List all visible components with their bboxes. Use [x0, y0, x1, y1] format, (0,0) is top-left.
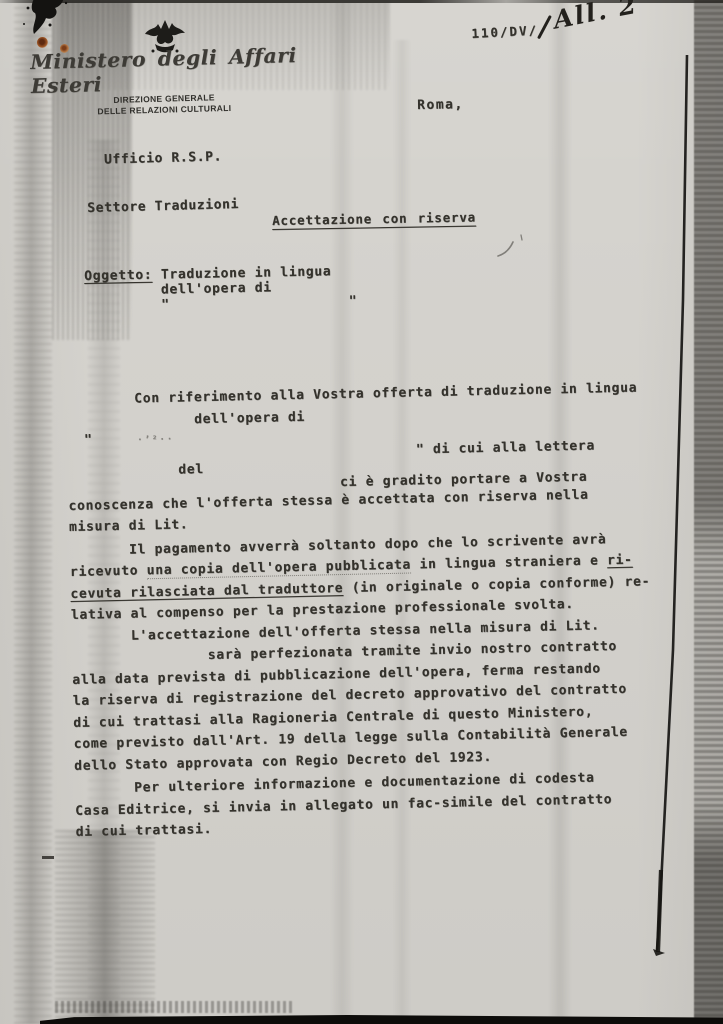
typed-segment: "	[84, 432, 93, 447]
typed-segment: di cui trattasi.	[75, 822, 212, 840]
city-dateline: Roma,	[417, 97, 464, 113]
protocol-ref-number: 110/DV/	[471, 23, 538, 41]
pen-stroke	[537, 15, 551, 39]
typed-segment: Oggetto:	[84, 268, 152, 284]
typed-segment: ricevuto	[70, 564, 147, 581]
ministry-name-script: Ministero degli Affari Esteri	[30, 42, 337, 98]
pencil-check-mark	[494, 232, 530, 260]
office-line2: Settore Traduzioni	[87, 197, 239, 217]
typed-segment: ri-	[607, 553, 633, 569]
typed-paragraph: L'accettazione dell'offerta stessa nella…	[71, 613, 684, 777]
stray-dash-mark	[42, 856, 54, 859]
scan-noise-band	[55, 830, 155, 1024]
office-line1: Ufficio R.S.P.	[86, 149, 238, 169]
office-name: Ufficio R.S.P. Settore Traduzioni	[85, 117, 240, 249]
typed-segment: in lingua straniera e	[411, 554, 607, 573]
typed-segment: " "	[161, 294, 357, 313]
typed-segment: dell'opera di	[194, 409, 305, 426]
scan-noise-band	[14, 0, 52, 1024]
scanned-letter-page: Ministero degli Affari Esteri DIREZIONE …	[0, 0, 723, 1024]
typed-segment: ·’²··	[93, 435, 175, 447]
typed-segment: misura di Lit.	[69, 518, 189, 536]
typed-paragraph: Il pagamento avverrà soltanto dopo che l…	[69, 527, 681, 626]
rust-stain-dot	[37, 37, 48, 48]
letter-title: Accettazione con riserva	[272, 209, 476, 228]
typed-segment: del	[178, 462, 204, 478]
typed-paragraph: Per ulteriore informazione e documentazi…	[74, 766, 685, 844]
scan-bottom-smear	[55, 1001, 295, 1013]
typed-segment: (in originale o copia conforme) re-	[343, 574, 650, 596]
scan-noise-band	[694, 0, 723, 1024]
typed-paragraph: Oggetto: Traduzione in linguadell'opera …	[84, 264, 357, 315]
handwritten-annotation: All. 2	[551, 0, 640, 34]
subject-block: Oggetto: Traduzione in linguadell'opera …	[84, 264, 357, 315]
department-name: DIREZIONE GENERALE DELLE RELAZIONI CULTU…	[74, 91, 255, 118]
typed-segment: cevuta rilasciata dal traduttore	[70, 581, 343, 602]
typed-segment: una copia dell'opera pubblicata	[147, 558, 412, 580]
scan-bottom-edge-band	[40, 1013, 723, 1024]
letter-body: Con riferimento alla Vostra offerta di t…	[66, 377, 686, 844]
